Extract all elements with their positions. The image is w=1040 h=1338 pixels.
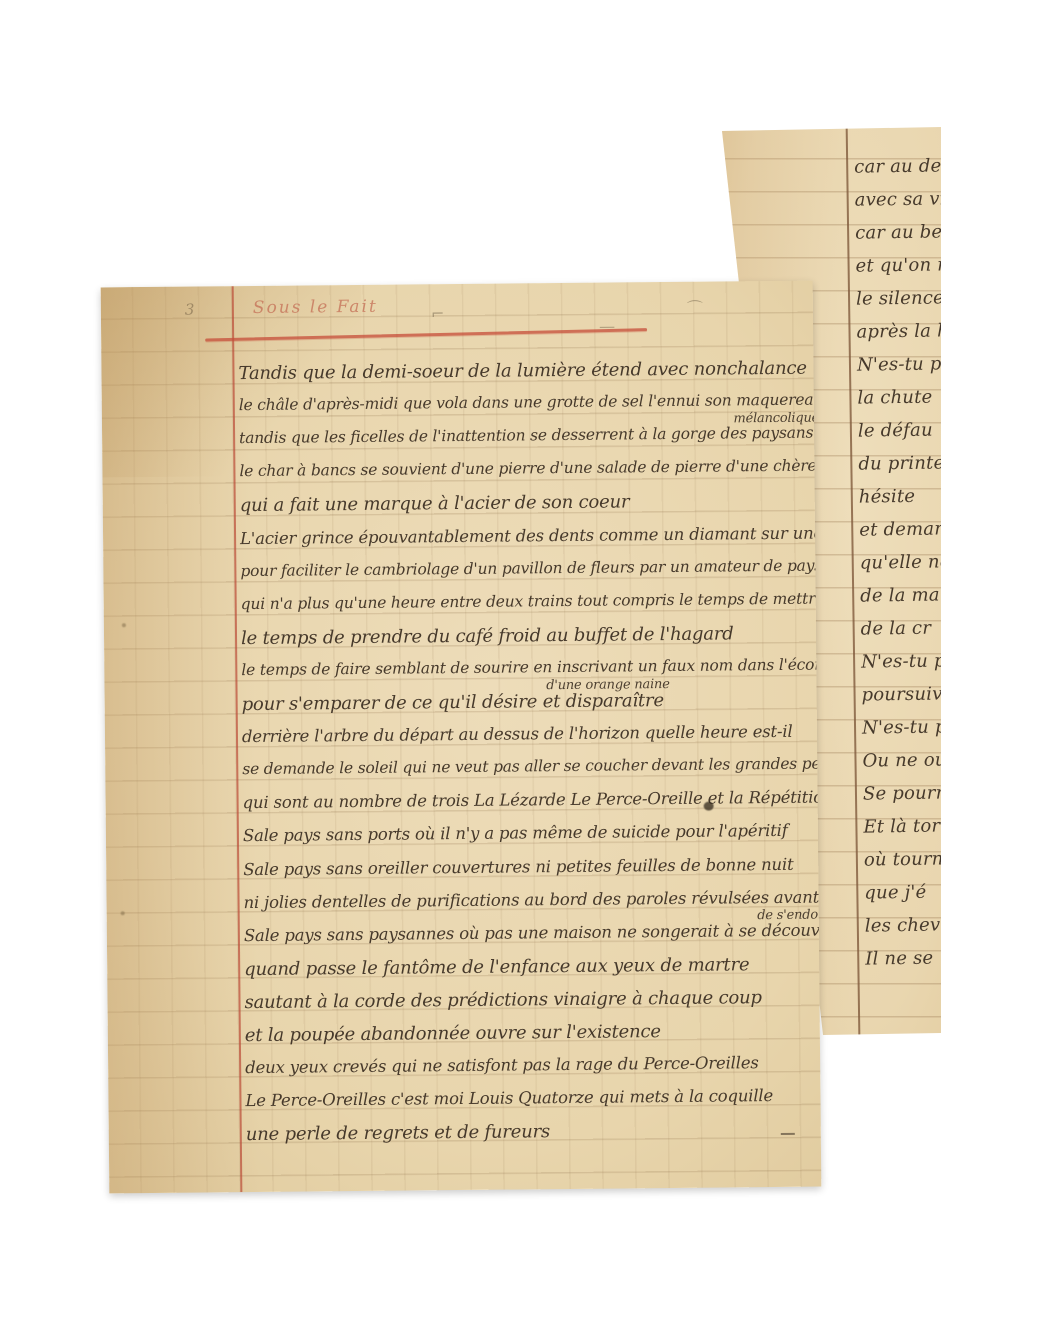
poem-line: Sale pays sans ports où il n'y a pas mêm… [243,821,788,845]
side-fragment: qu'elle ne [860,551,951,573]
poem-line: sautant à la corde des prédictions vinai… [244,987,761,1013]
page-number: 3 [185,301,195,319]
pencil-dash-mark: — [599,317,615,336]
poem-line: ni jolies dentelles de purifications au … [243,887,819,912]
pencil-bracket-mark: ⌐ [431,304,445,323]
side-fragment: poursuiv [861,683,942,705]
poem-line: Sale pays sans paysannes où pas une mais… [244,920,822,945]
side-fragment: et qu'on ne [855,254,960,276]
side-fragment: N'es-tu pas [861,650,966,672]
side-fragment: N'es-tu pa [862,716,958,738]
poem-line: Tandis que la demi-soeur de la lumière é… [238,358,806,384]
side-fragment: le silence [856,287,944,309]
poem-line: deux yeux crevés qui ne satisfont pas la… [245,1053,759,1077]
side-fragment: que j'é [864,882,926,904]
interline-insertion: d'une orange naine [546,677,670,693]
side-fragment: la chute [857,387,932,409]
poem-line: derrière l'arbre du départ au dessus de … [242,722,793,746]
page-title-red-pencil: Sous le Fait [253,297,378,318]
interline-insertion: mélancolique [733,411,819,427]
closing-dash-mark [781,1133,795,1135]
side-fragment: avec sa vis [855,188,956,210]
interline-insertion: de s'endormir [757,907,821,923]
side-fragment-list: car au delavec sa viscar au belet qu'on … [716,126,935,129]
side-fragment: de la ma [860,584,940,606]
pencil-curve-mark: ⌒ [687,296,703,319]
poem-line: qui sont au nombre de trois La Lézarde L… [243,788,822,813]
side-fragment: car au bel [855,221,948,243]
side-fragment: après la h [856,320,949,342]
poem-line: pour s'emparer de ce qu'il désire et dis… [242,690,664,715]
poem-line: Sale pays sans oreiller couvertures ni p… [243,854,793,878]
poem-line: qui a fait une marque à l'acier de son c… [240,492,630,517]
side-fragment: Il ne se [865,948,933,970]
side-fragment: où tourne [864,848,955,870]
side-fragment: hésite [859,486,916,508]
poem-line: une perle de regrets et de fureurs [246,1121,550,1145]
side-fragment: du printe [858,452,944,474]
side-fragment: Ou ne ou [862,749,946,771]
side-fragment: Se pourr [863,782,945,804]
side-fragment: N'es-tu pa [857,353,953,375]
poem-line: le temps de faire semblant de sourire en… [241,655,821,679]
poem-line: qui n'a plus qu'une heure entre deux tra… [241,588,822,612]
poem-line: quand passe le fantôme de l'enfance aux … [244,954,749,980]
side-fragment: le défau [858,420,933,442]
poem-line: pour faciliter le cambriolage d'un pavil… [240,556,821,580]
side-fragment: les chev [865,915,941,937]
poem-line: et la poupée abandonnée ouvre sur l'exis… [245,1021,661,1046]
side-fragment: car au del [854,155,947,177]
paper-speck [121,911,125,915]
poem-line: se demande le soleil qui ne veut pas all… [242,754,821,778]
side-fragment: Et là tor [863,816,940,838]
manuscript-page-main: 3 Sous le Fait ⌐ — ⌒ Tandis que la demi-… [101,281,822,1194]
side-fragment: de la cr [861,618,932,640]
poem-line: L'acier grince épouvantablement des dent… [240,523,821,548]
ink-blot [704,802,714,811]
poem-line: Le Perce-Oreilles c'est moi Louis Quator… [245,1086,773,1110]
side-fragment: et deman [859,518,946,540]
paper-speck [122,623,126,627]
poem-line: le temps de prendre du café froid au buf… [241,623,734,649]
manuscript-scan: car au delavec sa viscar au belet qu'on … [0,0,1040,1338]
